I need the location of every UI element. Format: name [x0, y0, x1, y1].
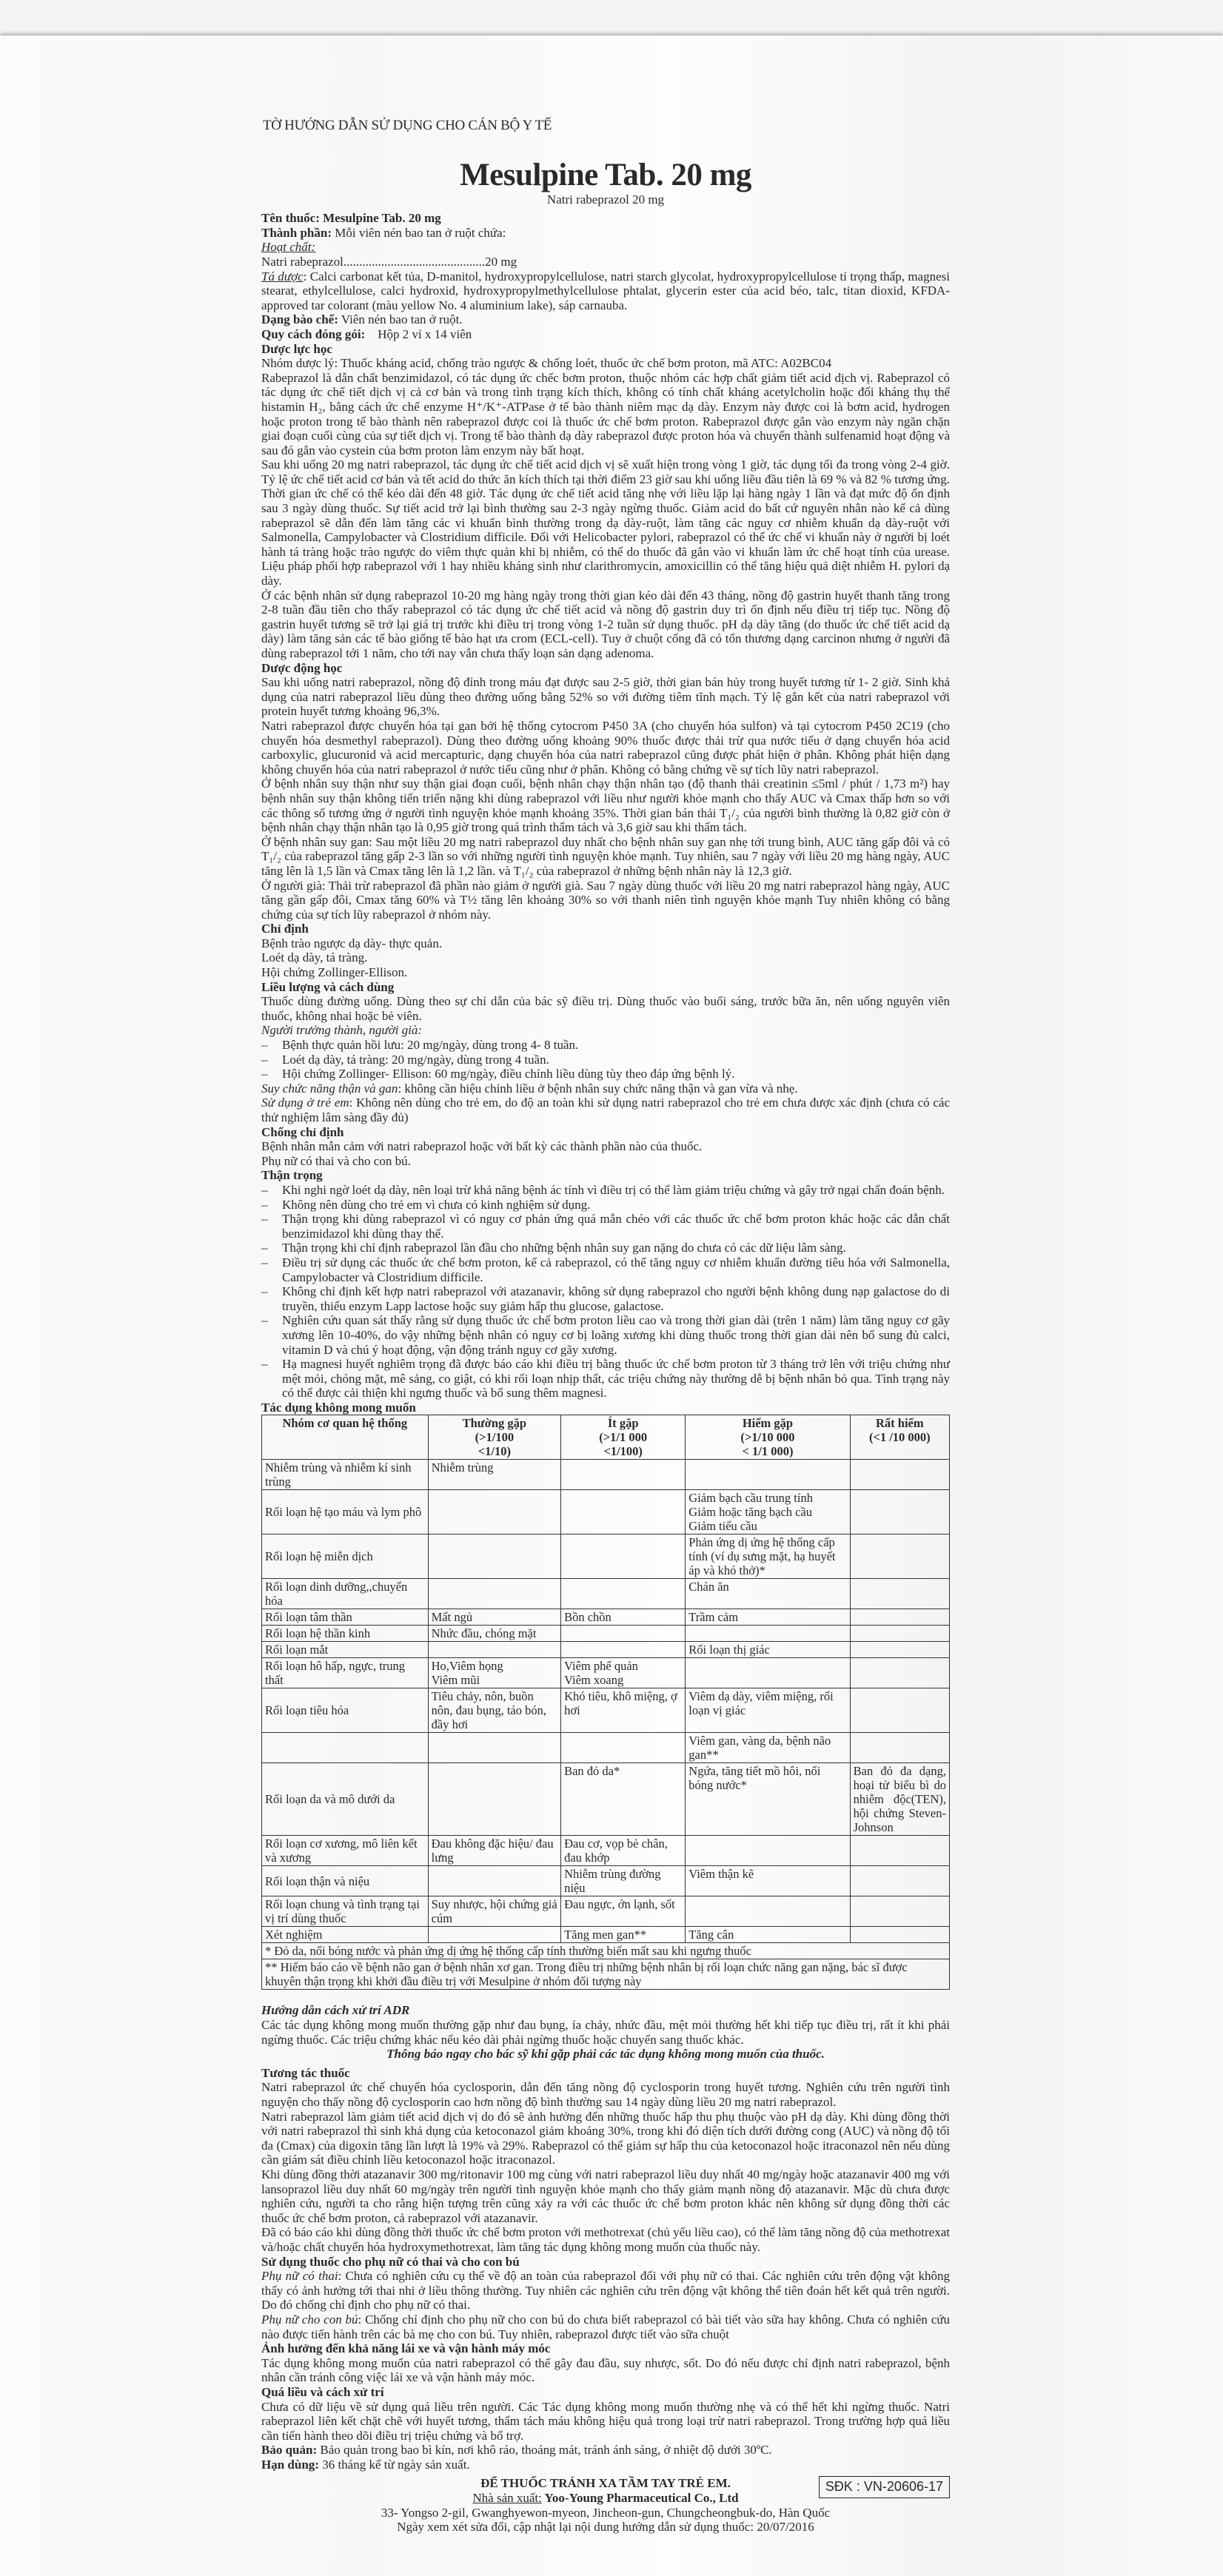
table-cell — [850, 1733, 949, 1763]
table-cell: Bồn chồn — [561, 1609, 686, 1626]
list-item: Thận trọng khi dùng rabeprazol vì có ngu… — [261, 1212, 950, 1241]
table-cell: Viêm phế quản Viêm xoang — [561, 1658, 686, 1688]
table-cell — [428, 1579, 560, 1609]
list-item: Không nên dùng cho trẻ em vì chưa có kin… — [261, 1198, 950, 1212]
pharmacokinetics-text: Sau khi uống natri rabeprazol, nồng độ đ… — [261, 675, 950, 922]
table-cell — [686, 1626, 850, 1642]
overdose-text: Chưa có dữ liệu về sử dụng quá liều trên… — [261, 2400, 950, 2443]
table-cell: Viêm gan, vàng da, bệnh não gan** — [686, 1733, 850, 1763]
table-cell: Đau ngực, ớn lạnh, sốt — [561, 1896, 686, 1927]
table-row: Rối loạn tiêu hóaTiêu chảy, nôn, buồn nô… — [262, 1688, 950, 1733]
table-cell: Nhiễm trùng và nhiễm kí sinh trùng — [262, 1460, 429, 1490]
shelf-life: Hạn dùng: 36 tháng kể từ ngày sản xuất. — [261, 2458, 950, 2472]
table-header-row: Nhóm cơ quan hệ thốngThường gặp (>1/100 … — [262, 1415, 950, 1460]
column-header: Nhóm cơ quan hệ thống — [262, 1415, 429, 1460]
list-item: Loét dạ dày, tá tràng: 20 mg/ngày, dùng … — [261, 1053, 950, 1067]
table-cell: Nhức đầu, chóng mặt — [428, 1626, 560, 1642]
table-cell: Rối loạn tâm thần — [262, 1609, 429, 1626]
pregnancy-text: Phụ nữ có thai: Chưa có nghiên cứu cụ th… — [261, 2269, 950, 2312]
contraindications-list: Bệnh nhân mẫn cảm với natri rabeprazol h… — [261, 1139, 950, 1168]
section-heading-interactions: Tương tác thuốc — [261, 2066, 950, 2081]
drug-name: Tên thuốc: Mesulpine Tab. 20 mg — [261, 211, 950, 226]
table-cell: Ban đỏ đa dạng, hoại tử biểu bì do nhiễm… — [850, 1763, 949, 1836]
table-cell — [686, 1836, 850, 1866]
driving-text: Tác dụng không mong muốn của natri rabep… — [261, 2356, 950, 2385]
list-item: Điều trị sử dụng các thuốc ức chế bơm pr… — [261, 1255, 950, 1284]
table-footnote: ** Hiếm báo cáo về bệnh não gan ở bệnh n… — [262, 1959, 950, 1990]
table-cell — [850, 1642, 949, 1658]
footnote-row: * Đỏ da, nổi bóng nước và phản ứng dị ứn… — [262, 1943, 950, 1959]
dosage-renal: Suy chức năng thận và gan: không cần hiệ… — [261, 1081, 950, 1096]
list-item: Nghiên cứu quan sát thấy rằng sử dụng th… — [261, 1313, 950, 1357]
table-cell — [686, 1460, 850, 1490]
table-row: Rối loạn cơ xương, mô liên kết và xươngĐ… — [262, 1836, 950, 1866]
table-cell — [428, 1927, 560, 1943]
table-row: Rối loạn dinh dưỡng,,chuyển hóaChán ăn — [262, 1579, 950, 1609]
table-cell — [850, 1626, 949, 1642]
paragraph: Khi dùng đồng thời atazanavir 300 mg/rit… — [261, 2167, 950, 2225]
list-item: Bệnh trào ngược dạ dày- thực quản. — [261, 936, 950, 951]
table-cell: Tăng cân — [686, 1927, 850, 1943]
table-cell: Viêm thận kẽ — [686, 1866, 850, 1896]
table-cell — [561, 1733, 686, 1763]
table-row: Xét nghiệmTăng men gan**Tăng cân — [262, 1927, 950, 1943]
table-cell — [428, 1763, 560, 1836]
table-row: Rối loạn hô hấp, ngực, trung thấtHo,Viêm… — [262, 1658, 950, 1688]
section-heading-driving: Ảnh hưởng đến khả năng lái xe và vận hàn… — [261, 2341, 950, 2356]
table-cell: Rối loạn hệ miễn dịch — [262, 1534, 429, 1579]
interactions-text: Natri rabeprazol ức chế chuyển hóa cyclo… — [261, 2080, 950, 2254]
section-heading-overdose: Quá liều và cách xử trí — [261, 2385, 950, 2400]
table-cell: Tăng men gan** — [561, 1927, 686, 1943]
list-item: Hội chứng Zollinger-Ellison. — [261, 965, 950, 980]
table-row: Rối loạn hệ miễn dịchPhản ứng dị ứng hệ … — [262, 1534, 950, 1579]
adr-management-text: Các tác dụng không mong muốn thường gặp … — [261, 2018, 950, 2047]
pharmacodynamics-text: Nhóm dược lý: Thuốc kháng acid, chống tr… — [261, 356, 950, 660]
composition: Thành phần: Mỗi viên nén bao tan ở ruột … — [261, 226, 950, 241]
paragraph: Ở các bệnh nhân sử dụng rabeprazol 10-20… — [261, 588, 950, 661]
table-cell: Rối loạn mắt — [262, 1642, 429, 1658]
column-header: Hiếm gặp (>1/10 000 < 1/1 000) — [686, 1415, 850, 1460]
table-cell: Rối loạn da và mô dưới da — [262, 1763, 429, 1836]
dosage-form: Dạng bào chế: Viên nén bao tan ở ruột. — [261, 312, 950, 327]
table-cell: Đau cơ, vọp bẻ chân, đau khớp — [561, 1836, 686, 1866]
dosage-adults-label: Người trưởng thành, người già: — [261, 1023, 950, 1038]
excipients: Tá dược: Calci carbonat kết tủa, D-manit… — [261, 269, 950, 313]
table-cell — [686, 1896, 850, 1927]
section-heading-precautions: Thận trọng — [261, 1168, 950, 1183]
table-cell — [262, 1733, 429, 1763]
table-cell: Chán ăn — [686, 1579, 850, 1609]
list-item: Loét dạ dày, tá tràng. — [261, 950, 950, 965]
list-item: Khi nghi ngờ loét dạ dày, nên loại trừ k… — [261, 1183, 950, 1198]
table-cell: Rối loạn thận và niệu — [262, 1866, 429, 1896]
column-header: Rất hiếm (<1 /10 000) — [850, 1415, 949, 1460]
column-header: Thường gặp (>1/100 <1/10) — [428, 1415, 560, 1460]
indications-list: Bệnh trào ngược dạ dày- thực quản.Loét d… — [261, 936, 950, 980]
list-item: Hội chứng Zollinger- Ellison: 60 mg/ngày… — [261, 1067, 950, 1081]
table-cell — [428, 1642, 560, 1658]
table-cell — [850, 1866, 949, 1896]
list-item: Thận trọng khi chỉ định rabeprazol lần đ… — [261, 1241, 950, 1255]
adr-notice: Thông báo ngay cho bác sỹ khi gặp phải c… — [261, 2047, 950, 2062]
precautions-list: Khi nghi ngờ loét dạ dày, nên loại trừ k… — [261, 1183, 950, 1401]
table-cell — [561, 1642, 686, 1658]
paragraph: Đã có báo cáo khi dùng đồng thời thuốc ứ… — [261, 2225, 950, 2254]
list-item: Phụ nữ có thai và cho con bú. — [261, 1154, 950, 1169]
table-footnote: * Đỏ da, nổi bóng nước và phản ứng dị ứn… — [262, 1943, 950, 1959]
table-row: Rối loạn da và mô dưới daBan đỏ da*Ngứa,… — [262, 1763, 950, 1836]
table-cell: Rối loạn hệ tạo máu và lym phô — [262, 1490, 429, 1534]
paragraph: Natri rabeprazol được chuyển hóa tại gan… — [261, 719, 950, 777]
table-cell — [850, 1927, 949, 1943]
storage: Bảo quản: Bảo quản trong bao bì kín, nơi… — [261, 2443, 950, 2458]
table-cell — [850, 1579, 949, 1609]
table-cell: Tiêu chảy, nôn, buồn nôn, đau bụng, táo … — [428, 1688, 560, 1733]
page-subtitle: Natri rabeprazol 20 mg — [261, 192, 950, 207]
table-row: Rối loạn hệ thần kinhNhức đầu, chóng mặt — [262, 1626, 950, 1642]
paragraph: Rabeprazol là dẫn chất benzimidazol, có … — [261, 371, 950, 458]
table-cell — [561, 1460, 686, 1490]
section-heading-adverse-effects: Tác dụng không mong muốn — [261, 1401, 950, 1415]
table-cell: Ho,Viêm họng Viêm mũi — [428, 1658, 560, 1688]
table-cell: Rối loạn cơ xương, mô liên kết và xương — [262, 1836, 429, 1866]
list-item: Bệnh nhân mẫn cảm với natri rabeprazol h… — [261, 1139, 950, 1154]
packaging: Quy cách đóng gói: Hộp 2 vỉ x 14 viên — [261, 327, 950, 342]
dosage-intro: Thuốc dùng đường uống. Dùng theo sự chỉ … — [261, 994, 950, 1023]
table-cell: Rối loạn hô hấp, ngực, trung thất — [262, 1658, 429, 1688]
section-heading-pharmacokinetics: Dược động học — [261, 661, 950, 676]
table-cell — [428, 1733, 560, 1763]
table-cell — [428, 1866, 560, 1896]
table-cell: Suy nhược, hội chứng giả cúm — [428, 1896, 560, 1927]
paragraph: Ở người già: Thải trừ rabeprazol đã phần… — [261, 879, 950, 922]
table-cell: Rối loạn tiêu hóa — [262, 1688, 429, 1733]
table-cell — [850, 1609, 949, 1626]
section-heading-pregnancy: Sử dụng thuốc cho phụ nữ có thai và cho … — [261, 2255, 950, 2270]
paragraph: Nhóm dược lý: Thuốc kháng acid, chống tr… — [261, 356, 950, 371]
section-heading-pharmacodynamics: Dược lực học — [261, 342, 950, 357]
adverse-effects-table: Nhóm cơ quan hệ thốngThường gặp (>1/100 … — [261, 1415, 950, 1990]
footnote-row: ** Hiếm báo cáo về bệnh não gan ở bệnh n… — [262, 1959, 950, 1990]
table-cell — [850, 1688, 949, 1733]
table-cell: Đau không đặc hiệu/ đau lưng — [428, 1836, 560, 1866]
table-cell: Rối loạn hệ thần kinh — [262, 1626, 429, 1642]
column-header: Ít gặp (>1/1 000 <1/100) — [561, 1415, 686, 1460]
table-row: Viêm gan, vàng da, bệnh não gan** — [262, 1733, 950, 1763]
table-cell — [428, 1490, 560, 1534]
section-heading-dosage: Liều lượng và cách dùng — [261, 980, 950, 995]
table-row: Rối loạn chung và tình trạng tại vị trí … — [262, 1896, 950, 1927]
leaflet-content: TỜ HƯỚNG DẪN SỬ DỤNG CHO CÁN BỘ Y TẾ Mes… — [261, 118, 950, 2535]
table-cell: Nhiễm trùng — [428, 1460, 560, 1490]
dosage-adults-list: Bệnh thực quản hồi lưu: 20 mg/ngày, dùng… — [261, 1038, 950, 1081]
table-cell: Giảm bạch cầu trung tính Giảm hoặc tăng … — [686, 1490, 850, 1534]
table-cell — [850, 1896, 949, 1927]
section-heading-adr-management: Hướng dẫn cách xử trí ADR — [261, 2003, 950, 2018]
table-cell — [561, 1534, 686, 1579]
section-heading-indications: Chỉ định — [261, 922, 950, 936]
table-cell: Rối loạn chung và tình trạng tại vị trí … — [262, 1896, 429, 1927]
registration-number-box: SĐK : VN-20606-17 — [819, 2476, 950, 2498]
paragraph: Natri rabeprazol ức chế chuyển hóa cyclo… — [261, 2080, 950, 2109]
table-cell — [850, 1836, 949, 1866]
section-heading-contraindications: Chống chỉ định — [261, 1125, 950, 1140]
table-cell: Khó tiêu, khô miệng, ợ hơi — [561, 1688, 686, 1733]
dosage-children: Sử dụng ở trẻ em: Không nên dùng cho trẻ… — [261, 1096, 950, 1124]
table-cell — [561, 1490, 686, 1534]
paragraph: Natri rabeprazol làm giảm tiết acid dịch… — [261, 2110, 950, 2167]
table-row: Rối loạn thận và niệuNhiễm trùng đường n… — [262, 1866, 950, 1896]
table-cell: Xét nghiệm — [262, 1927, 429, 1943]
table-cell — [850, 1490, 949, 1534]
list-item: Hạ magnesi huyết nghiêm trọng đã được bá… — [261, 1357, 950, 1401]
table-row: Nhiễm trùng và nhiễm kí sinh trùngNhiễm … — [262, 1460, 950, 1490]
table-cell — [850, 1460, 949, 1490]
table-cell — [561, 1626, 686, 1642]
table-row: Rối loạn mắtRối loạn thị giác — [262, 1642, 950, 1658]
table-cell — [561, 1579, 686, 1609]
revision-date: Ngày xem xét sửa đổi, cập nhật lại nội d… — [261, 2520, 950, 2535]
leaflet-page: TỜ HƯỚNG DẪN SỬ DỤNG CHO CÁN BỘ Y TẾ Mes… — [0, 36, 1223, 2576]
active-label: Hoạt chất: — [261, 240, 950, 255]
paragraph: Sau khi uống 20 mg natri rabeprazol, tác… — [261, 457, 950, 588]
page-title: Mesulpine Tab. 20 mg — [261, 158, 950, 192]
table-cell: Mất ngủ — [428, 1609, 560, 1626]
table-cell — [428, 1534, 560, 1579]
table-row: Rối loạn hệ tạo máu và lym phôGiảm bạch … — [262, 1490, 950, 1534]
list-item: Bệnh thực quản hồi lưu: 20 mg/ngày, dùng… — [261, 1038, 950, 1053]
paragraph: Ở bệnh nhân suy thận như suy thận giai đ… — [261, 777, 950, 834]
table-cell — [686, 1658, 850, 1688]
table-cell: Viêm dạ dày, viêm miệng, rối loạn vị giá… — [686, 1688, 850, 1733]
lactation-text: Phụ nữ cho con bú: Chống chỉ định cho ph… — [261, 2312, 950, 2341]
table-cell — [850, 1658, 949, 1688]
table-cell: Phản ứng dị ứng hệ thống cấp tính (ví dụ… — [686, 1534, 850, 1579]
table-cell: Rối loạn thị giác — [686, 1642, 850, 1658]
table-cell: Rối loạn dinh dưỡng,,chuyển hóa — [262, 1579, 429, 1609]
paragraph: Ở bệnh nhân suy gan: Sau một liều 20 mg … — [261, 835, 950, 879]
table-cell: Ngứa, tăng tiết mồ hôi, nổi bóng nước* — [686, 1763, 850, 1836]
footer: SĐK : VN-20606-17 ĐỂ THUỐC TRÁNH XA TẦM … — [261, 2476, 950, 2534]
active-ingredient: Natri rabeprazol........................… — [261, 255, 950, 269]
list-item: Không chỉ định kết hợp natri rabeprazol … — [261, 1284, 950, 1313]
table-cell: Nhiễm trùng đường niệu — [561, 1866, 686, 1896]
table-cell — [850, 1534, 949, 1579]
document-type-note: TỜ HƯỚNG DẪN SỬ DỤNG CHO CÁN BỘ Y TẾ — [263, 118, 950, 133]
paragraph: Sau khi uống natri rabeprazol, nồng độ đ… — [261, 675, 950, 719]
table-row: Rối loạn tâm thầnMất ngủBồn chồnTrầm cảm — [262, 1609, 950, 1626]
table-cell: Ban đỏ da* — [561, 1763, 686, 1836]
manufacturer-address: 33- Yongso 2-gil, Gwanghyewon-myeon, Jin… — [261, 2506, 950, 2520]
table-cell: Trầm cảm — [686, 1609, 850, 1626]
